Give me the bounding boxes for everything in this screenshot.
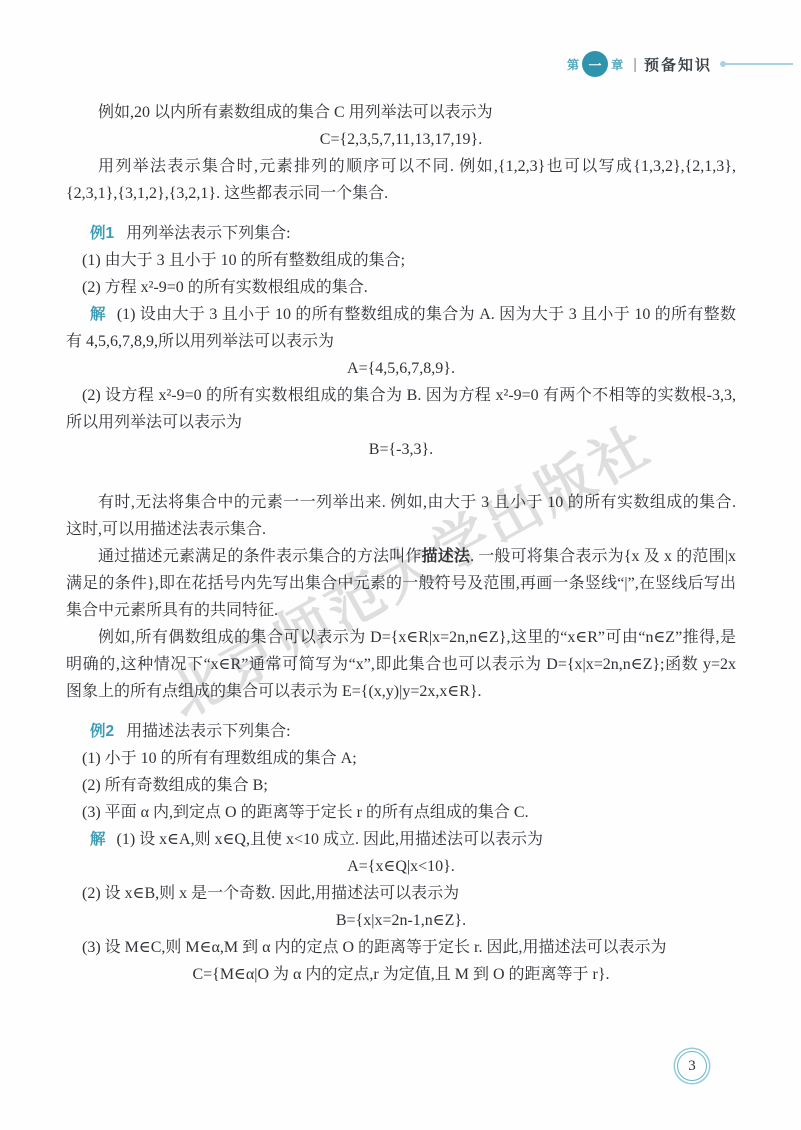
formula-set-c: C={2,3,5,7,11,13,17,19}.: [66, 126, 736, 153]
description-method-term: 描述法: [422, 548, 471, 565]
chapter-prefix: 第: [567, 56, 579, 73]
chapter-number-badge-icon: 一: [582, 51, 608, 77]
formula-set-c-descriptive: C={M∈α|O 为 α 内的定点,r 为定值,且 M 到 O 的距离等于 r}…: [66, 961, 736, 988]
chapter-header: 第 一 章 | 预备知识: [567, 51, 793, 77]
description-paragraph-3: 例如,所有偶数组成的集合可以表示为 D={x∈R|x=2n,n∈Z},这里的“x…: [66, 624, 736, 705]
formula-set-a: A={4,5,6,7,8,9}.: [66, 355, 736, 382]
intro-paragraph-1: 例如,20 以内所有素数组成的集合 C 用列举法可以表示为: [66, 99, 736, 126]
formula-set-a-descriptive: A={x∈Q|x<10}.: [66, 853, 736, 880]
example1-item-2: (2) 方程 x²-9=0 的所有实数根组成的集合.: [66, 274, 736, 301]
example2-prompt: 用描述法表示下列集合:: [126, 723, 290, 740]
example1-item-1: (1) 由大于 3 且小于 10 的所有整数组成的集合;: [66, 247, 736, 274]
section-title: 预备知识: [644, 54, 712, 75]
example1-heading: 例1用列举法表示下列集合:: [66, 220, 736, 247]
example2-item-3: (3) 平面 α 内,到定点 O 的距离等于定长 r 的所有点组成的集合 C.: [66, 799, 736, 826]
example1-solution-2: (2) 设方程 x²-9=0 的所有实数根组成的集合为 B. 因为方程 x²-9…: [66, 382, 736, 436]
page-content: 例如,20 以内所有素数组成的集合 C 用列举法可以表示为 C={2,3,5,7…: [66, 99, 736, 988]
header-rule-dot-icon: [720, 61, 726, 67]
spacer: [66, 463, 736, 489]
chapter-suffix: 章: [611, 56, 623, 73]
example2-solution-3: (3) 设 M∈C,则 M∈α,M 到 α 内的定点 O 的距离等于定长 r. …: [66, 934, 736, 961]
description-paragraph-2: 通过描述元素满足的条件表示集合的方法叫作描述法. 一般可将集合表示为{x 及 x…: [66, 543, 736, 624]
description-paragraph-1: 有时,无法将集合中的元素一一列举出来. 例如,由大于 3 且小于 10 的所有实…: [66, 489, 736, 543]
example1-prompt: 用列举法表示下列集合:: [126, 225, 290, 242]
example2-solution-2: (2) 设 x∈B,则 x 是一个奇数. 因此,用描述法可以表示为: [66, 880, 736, 907]
spacer: [66, 207, 736, 220]
header-divider: |: [633, 56, 637, 73]
example2-heading: 例2用描述法表示下列集合:: [66, 718, 736, 745]
example2-solution-1: 解(1) 设 x∈A,则 x∈Q,且使 x<10 成立. 因此,用描述法可以表示…: [66, 826, 736, 853]
example1-label: 例1: [90, 225, 114, 242]
page-number: 3: [688, 1058, 696, 1075]
example1-solution-1-text: (1) 设由大于 3 且小于 10 的所有整数组成的集合为 A. 因为大于 3 …: [66, 306, 736, 350]
formula-set-b: B={-3,3}.: [66, 436, 736, 463]
example2-item-1: (1) 小于 10 的所有有理数组成的集合 A;: [66, 745, 736, 772]
example2-item-2: (2) 所有奇数组成的集合 B;: [66, 772, 736, 799]
formula-set-b-descriptive: B={x|x=2n-1,n∈Z}.: [66, 907, 736, 934]
page-number-badge: 3: [677, 1051, 707, 1081]
spacer: [66, 705, 736, 718]
chapter-number: 一: [589, 55, 602, 74]
example2-solution-label: 解: [90, 831, 106, 848]
example2-label: 例2: [90, 723, 114, 740]
description-method-before: 通过描述元素满足的条件表示集合的方法叫作: [98, 548, 422, 565]
example2-solution-1-text: (1) 设 x∈A,则 x∈Q,且使 x<10 成立. 因此,用描述法可以表示为: [117, 831, 543, 848]
header-rule: [721, 63, 793, 65]
example1-solution-label: 解: [90, 306, 106, 323]
example1-solution-1: 解(1) 设由大于 3 且小于 10 的所有整数组成的集合为 A. 因为大于 3…: [66, 301, 736, 355]
intro-paragraph-2: 用列举法表示集合时,元素排列的顺序可以不同. 例如,{1,2,3}也可以写成{1…: [66, 153, 736, 207]
textbook-page: 第 一 章 | 预备知识 北京师范大学出版社 例如,20 以内所有素数组成的集合…: [0, 0, 801, 1130]
